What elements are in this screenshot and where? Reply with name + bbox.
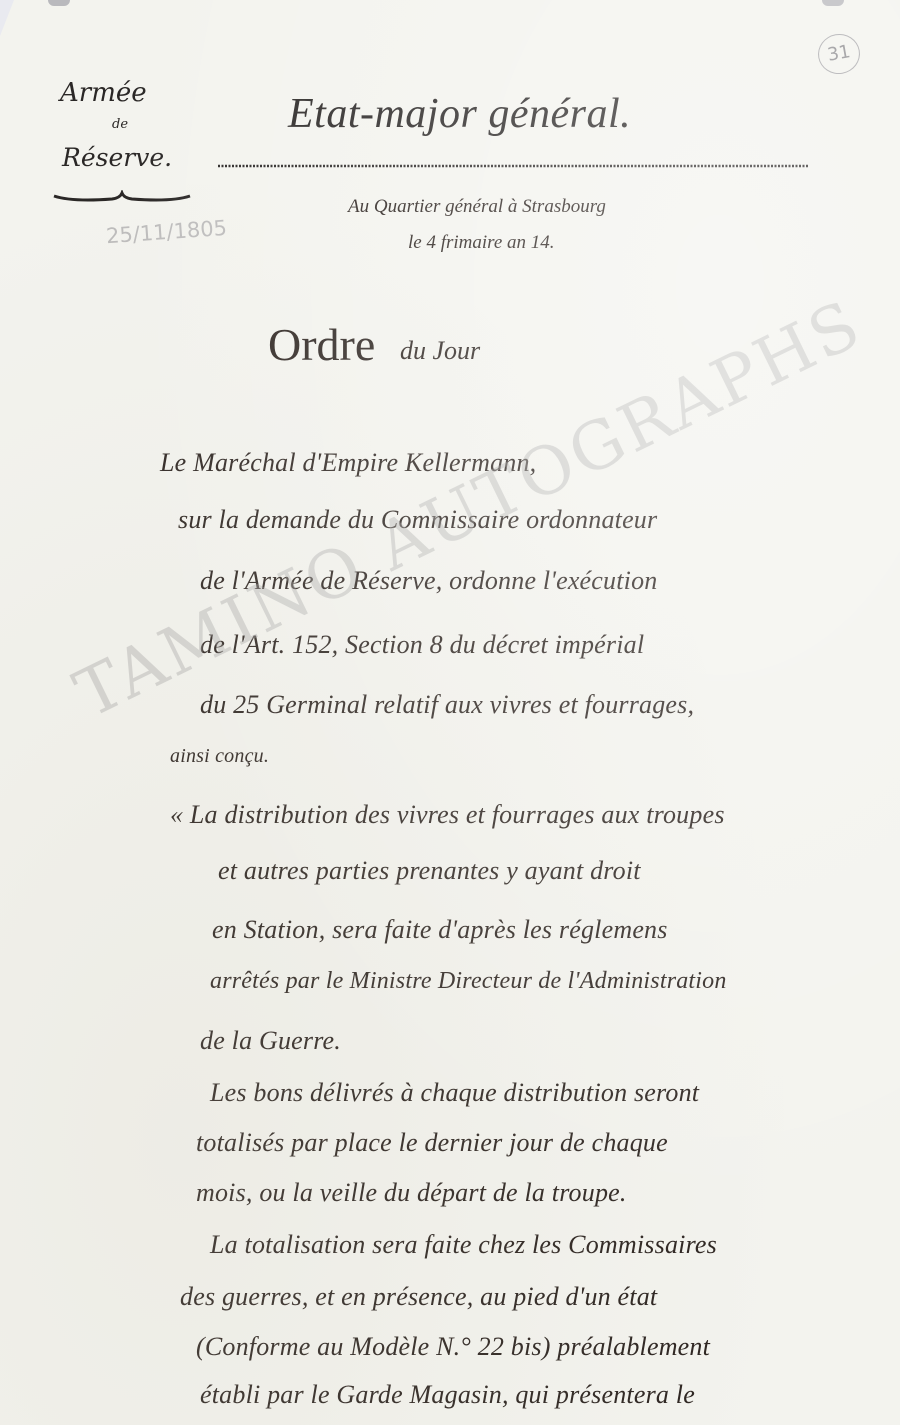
body-line: ainsi conçu. [170, 745, 269, 768]
letterhead-de: de [112, 117, 128, 132]
letterhead-title: Etat-major général. [288, 90, 631, 138]
headquarters-line: Au Quartier général à Strasbourg [348, 196, 606, 218]
body-line: de la Guerre. [200, 1026, 341, 1056]
body-line: de l'Armée de Réserve, ordonne l'exécuti… [200, 566, 657, 596]
body-line: « La distribution des vivres et fourrage… [170, 800, 725, 830]
body-line: en Station, sera faite d'après les régle… [212, 915, 668, 945]
body-line: arrêtés par le Ministre Directeur de l'A… [210, 968, 727, 995]
body-line: La totalisation sera faite chez les Comm… [210, 1230, 717, 1260]
body-line: Les bons délivrés à chaque distribution … [210, 1078, 699, 1108]
body-line: établi par le Garde Magasin, qui présent… [200, 1380, 695, 1410]
body-line: des guerres, et en présence, au pied d'u… [180, 1282, 657, 1312]
folio-number-annotation: 31 [815, 31, 863, 78]
paper-fold-mark [48, 0, 70, 6]
letterhead-armee: Armée [60, 78, 147, 108]
paper-fold-mark [822, 0, 844, 6]
body-line: Le Maréchal d'Empire Kellermann, [160, 448, 536, 478]
wavy-rule-icon [218, 162, 808, 170]
body-line: (Conforme au Modèle N.° 22 bis) préalabl… [196, 1332, 710, 1362]
body-line: et autres parties prenantes y ayant droi… [218, 856, 641, 886]
pencil-date-annotation: 25/11/1805 [105, 216, 227, 248]
date-line: le 4 frimaire an 14. [408, 232, 555, 254]
body-line: du 25 Germinal relatif aux vivres et fou… [200, 690, 694, 720]
heading-du-jour: du Jour [400, 336, 480, 366]
body-line: totalisés par place le dernier jour de c… [196, 1128, 668, 1158]
manuscript-page: Armée de Réserve. Etat-major général. Au… [0, 0, 900, 1425]
body-line: mois, ou la veille du départ de la troup… [196, 1178, 627, 1208]
flourish-divider-icon [52, 190, 192, 204]
letterhead-reserve: Réserve. [62, 143, 172, 172]
heading-ordre: Ordre [268, 318, 375, 371]
body-line: de l'Art. 152, Section 8 du décret impér… [200, 630, 644, 660]
body-line: sur la demande du Commissaire ordonnateu… [178, 505, 657, 535]
